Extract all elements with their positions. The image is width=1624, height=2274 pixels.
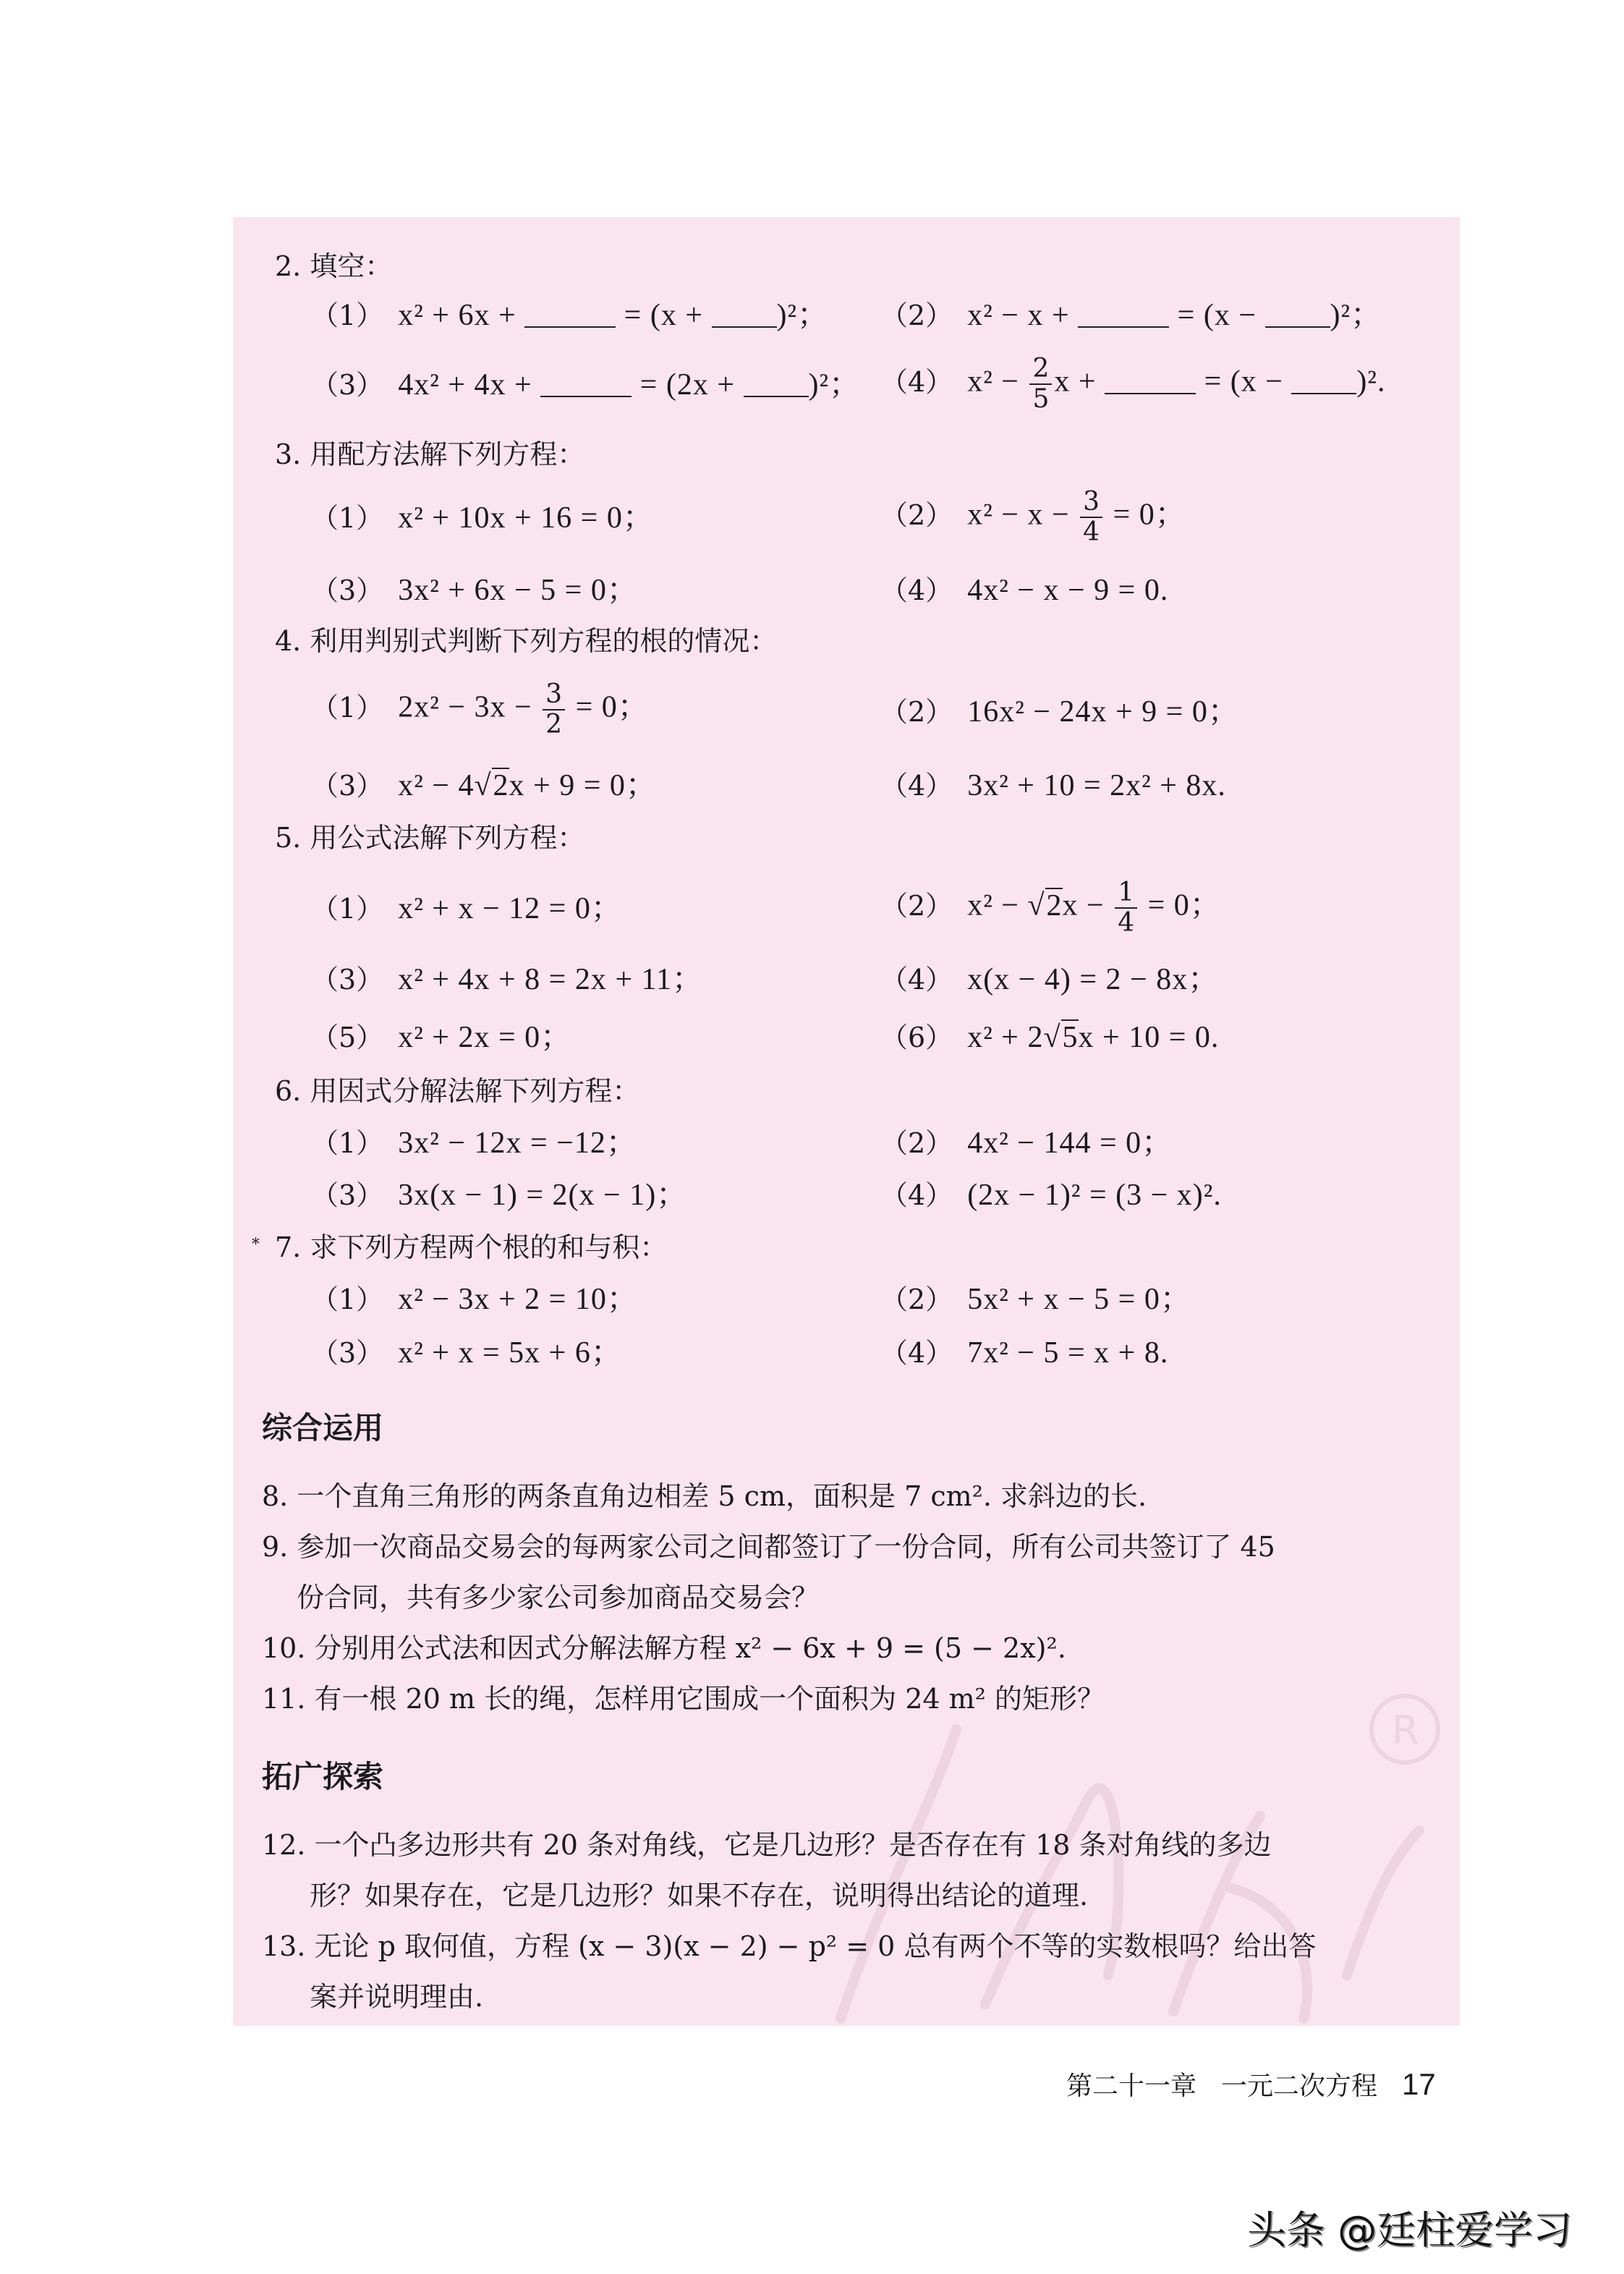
q2-item-4: （4）x² − 25x + = (x − )². [880, 355, 1386, 414]
exercise-box: R 2. 填空： （1）x² + 6x + = (x + )²； （2）x² −… [233, 217, 1460, 2026]
answer-blank[interactable] [744, 374, 809, 397]
question-13-line-2: 案并说明理由. [310, 1980, 483, 2014]
q7-item-1: （1）x² − 3x + 2 = 10； [311, 1282, 638, 1317]
q5-item-4: （4）x(x − 4) = 2 − 8x； [880, 962, 1219, 997]
q3-item-4: （4）4x² − x − 9 = 0. [880, 573, 1168, 608]
q6-item-2: （2）4x² − 144 = 0； [880, 1126, 1173, 1161]
q6-item-3: （3）3x(x − 1) = 2(x − 1)； [311, 1178, 687, 1213]
answer-blank[interactable] [540, 374, 632, 397]
chapter-title: 一元二次方程 [1221, 2071, 1377, 2101]
page-footer: 第二十一章一元二次方程17 [1066, 2068, 1436, 2103]
answer-blank[interactable] [1078, 305, 1169, 328]
optional-marker: * [252, 1237, 260, 1253]
question-10: 10. 分别用公式法和因式分解法解方程 x² − 6x + 9 = (5 − 2… [262, 1631, 1066, 1666]
q4-item-4: （4）3x² + 10 = 2x² + 8x. [880, 768, 1226, 803]
fraction: 14 [1115, 878, 1137, 938]
question-6-title: 6. 用因式分解法解下列方程： [275, 1074, 639, 1108]
q5-item-1: （1）x² + x − 12 = 0； [311, 891, 622, 926]
q3-item-3: （3）3x² + 6x − 5 = 0； [311, 573, 638, 608]
q6-item-4: （4）(2x − 1)² = (3 − x)². [880, 1178, 1222, 1213]
question-4-title: 4. 利用判别式判断下列方程的根的情况： [275, 624, 777, 658]
question-8: 8. 一个直角三角形的两条直角边相差 5 cm，面积是 7 cm². 求斜边的长… [262, 1479, 1147, 1514]
question-12-line-1: 12. 一个凸多边形共有 20 条对角线，它是几边形？是否存在有 18 条对角线… [262, 1828, 1272, 1862]
source-watermark: 头条 @廷柱爱学习 [1247, 2199, 1572, 2255]
q2-item-2: （2）x² − x + = (x − )²； [880, 298, 1382, 333]
question-3-title: 3. 用配方法解下列方程： [275, 437, 584, 472]
fraction: 34 [1080, 488, 1102, 547]
q4-item-2: （2）16x² − 24x + 9 = 0； [880, 695, 1239, 729]
q7-item-4: （4）7x² − 5 = x + 8. [880, 1336, 1168, 1370]
answer-blank[interactable] [712, 305, 777, 328]
question-5-title: 5. 用公式法解下列方程： [275, 820, 584, 855]
q5-item-6: （6）x² + 2√5x + 10 = 0. [880, 1020, 1219, 1055]
answer-blank[interactable] [1291, 371, 1356, 394]
chapter-number: 第二十一章 [1066, 2071, 1196, 2101]
q4-item-1: （1）2x² − 3x − 32 = 0； [311, 680, 649, 739]
q5-item-5: （5）x² + 2x = 0； [311, 1020, 571, 1055]
q5-item-3: （3）x² + 4x + 8 = 2x + 11； [311, 962, 703, 997]
q2-item-1: （1）x² + 6x + = (x + )²； [311, 298, 828, 333]
sqrt-symbol: √ [1043, 1021, 1060, 1054]
q3-item-1: （1）x² + 10x + 16 = 0； [311, 501, 654, 535]
q2-item-3: （3）4x² + 4x + = (2x + )²； [311, 368, 860, 402]
sqrt-symbol: √ [474, 769, 491, 802]
q6-item-1: （1）3x² − 12x = −12； [311, 1126, 637, 1161]
q3-item-2: （2）x² − x − 34 = 0； [880, 488, 1186, 547]
question-13-line-1: 13. 无论 p 取何值，方程 (x − 3)(x − 2) − p² = 0 … [262, 1929, 1316, 1964]
section-heading-explore: 拓广探索 [262, 1758, 383, 1796]
question-11: 11. 有一根 20 m 长的绳，怎样用它围成一个面积为 24 m² 的矩形？ [262, 1681, 1105, 1716]
question-2-title: 2. 填空： [275, 249, 392, 284]
fraction: 32 [543, 680, 565, 739]
fraction: 25 [1029, 355, 1052, 414]
q4-item-3: （3）x² − 4√2x + 9 = 0； [311, 768, 657, 803]
answer-blank[interactable] [524, 305, 616, 328]
question-9-line-2: 份合同，共有多少家公司参加商品交易会？ [297, 1580, 819, 1615]
sqrt-symbol: √ [1027, 889, 1045, 922]
q7-item-3: （3）x² + x = 5x + 6； [311, 1336, 622, 1370]
q7-item-2: （2）5x² + x − 5 = 0； [880, 1282, 1191, 1317]
question-9-line-1: 9. 参加一次商品交易会的每两家公司之间都签订了一份合同，所有公司共签订了 45 [262, 1530, 1275, 1564]
section-heading-apply: 综合运用 [262, 1409, 383, 1447]
svg-text:R: R [1392, 1707, 1419, 1753]
answer-blank[interactable] [1105, 371, 1196, 394]
answer-blank[interactable] [1265, 305, 1330, 328]
question-12-line-2: 形？如果存在，它是几边形？如果不存在，说明得出结论的道理. [310, 1878, 1088, 1913]
q5-item-2: （2）x² − √2x − 14 = 0； [880, 878, 1221, 938]
question-7-title: 7. 求下列方程两个根的和与积： [275, 1230, 667, 1265]
page-number: 17 [1402, 2067, 1436, 2101]
